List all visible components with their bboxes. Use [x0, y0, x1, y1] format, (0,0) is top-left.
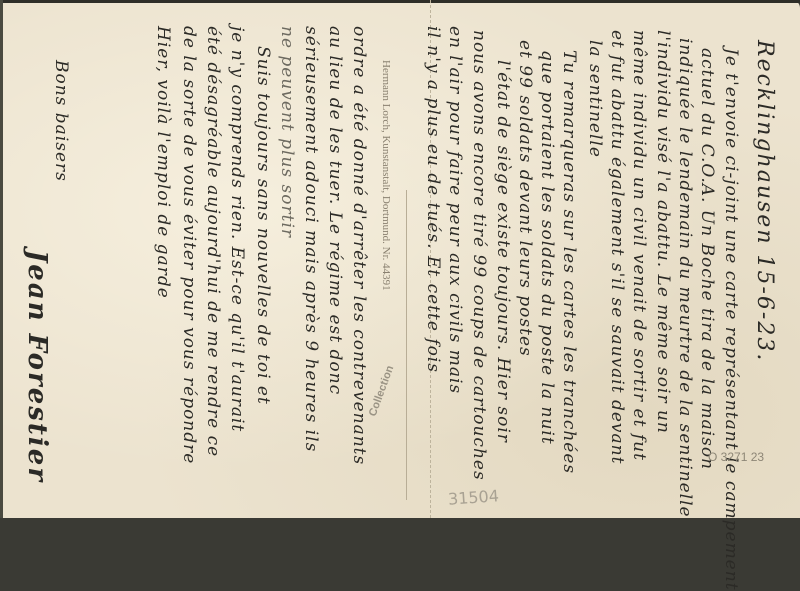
handwritten-line: et 99 soldats devant leurs postes	[516, 40, 533, 357]
handwritten-line: la sentinelle	[586, 40, 603, 158]
catalog-number: O 3271 23	[708, 450, 764, 464]
postcard-back: Recklinghausen 15-6-23. Je t'envoie ci-j…	[0, 0, 800, 518]
handwritten-line: l'individu visé l'a abattu. Le même soir…	[654, 30, 671, 434]
handwritten-line: en l'air pour faire peur aux civils mais	[446, 26, 463, 394]
handwritten-line: et fut abattu également s'il se sauvait …	[608, 30, 625, 464]
handwritten-line: sérieusement adouci mais après 9 heures …	[302, 26, 319, 452]
pencil-inventory-number: 31504	[447, 486, 499, 509]
signature: Jean Forestier	[22, 250, 52, 483]
handwritten-line: au lieu de les tuer. Le régime est donc	[326, 26, 343, 395]
handwritten-line: que portaient les soldats du poste la nu…	[538, 50, 555, 445]
handwritten-line: actuel du C.O.A. Un Boche tira de la mai…	[698, 48, 715, 470]
handwritten-line: nous avons encore tiré 99 coups de carto…	[470, 30, 487, 481]
handwritten-line: l'état de siège existe toujours. Hier so…	[494, 60, 511, 443]
handwritten-line: Suis toujours sans nouvelles de toi et	[254, 46, 271, 405]
closing-line: Bons baisers	[52, 60, 69, 182]
collection-mark: Collection	[367, 364, 396, 418]
place-date: Recklinghausen 15-6-23.	[752, 40, 777, 362]
handwritten-line: été désagréable aujourd'hui de me rendre…	[204, 26, 221, 457]
card-top-edge	[0, 0, 800, 3]
center-divider-line	[406, 190, 407, 500]
card-left-edge	[0, 0, 3, 518]
publisher-imprint: Hermann Lorch, Kunstanstalt, Dortmund. N…	[380, 60, 392, 291]
handwritten-line: Je t'envoie ci-joint une carte représent…	[722, 48, 739, 518]
handwritten-line: Hier, voilà l'emploi de garde	[154, 26, 171, 299]
handwritten-line: ne peuvent plus sortir	[278, 26, 295, 238]
handwritten-line: je n'y comprends rien. Est-ce qu'il t'au…	[228, 26, 245, 432]
handwritten-line: ordre a été donné d'arrêter les contreve…	[350, 26, 367, 465]
handwritten-line: indiquée le lendemain du meurtre de la s…	[676, 38, 693, 518]
handwritten-line: de la sorte de vous éviter pour vous rép…	[180, 26, 197, 464]
handwritten-line: Tu remarqueras sur les cartes les tranch…	[560, 50, 577, 474]
handwritten-line: il n'y a plus eu de tués. Et cette fois	[424, 26, 441, 373]
handwritten-line: même individu un civil venait de sortir …	[630, 30, 647, 461]
